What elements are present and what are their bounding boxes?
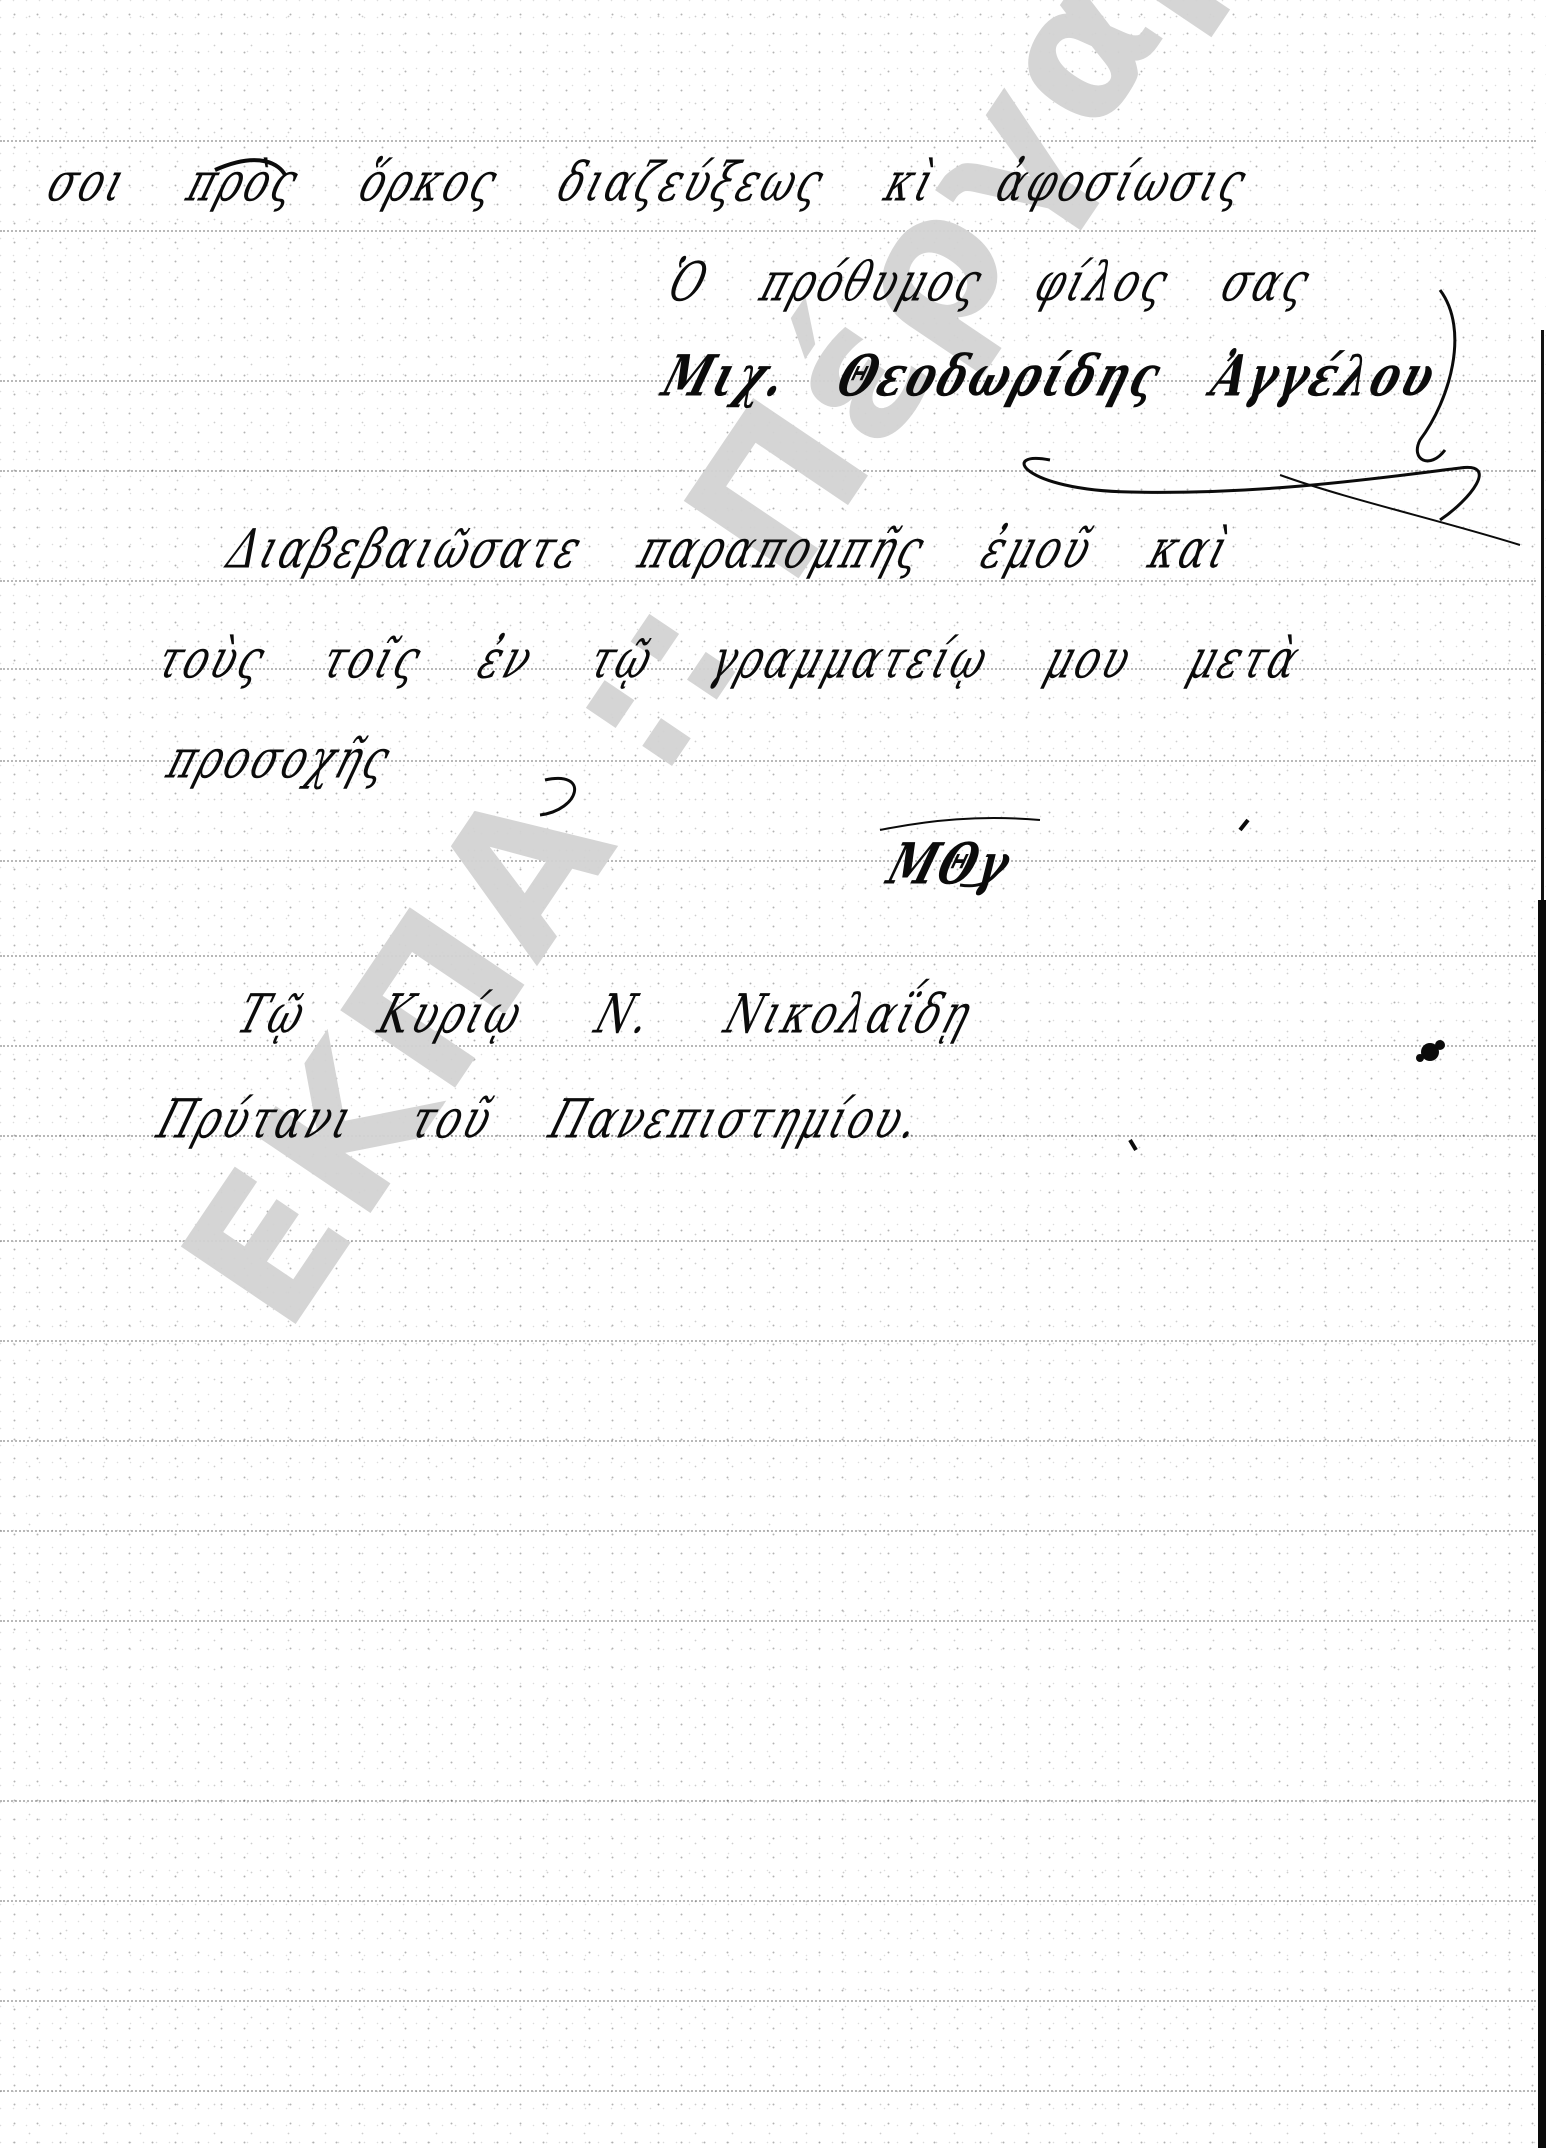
ruling-line bbox=[0, 860, 1536, 862]
ruling-line bbox=[0, 140, 1536, 142]
address-line-1: Τῷ Κυρίῳ Ν. Νικολαΐδῃ bbox=[230, 984, 981, 1046]
signature: Μιχ. Θεοδωρίδης Ἀγγέλου bbox=[655, 343, 1446, 409]
ruling-line bbox=[0, 2090, 1536, 2092]
page-edge-line bbox=[1541, 330, 1544, 900]
ruling-line bbox=[0, 1620, 1536, 1622]
scanned-page: ΕΚΠΑ :: Πέργαμος σοι πρὸς ὅρκος διαζεύξε… bbox=[0, 0, 1546, 2148]
body-line-3: προσοχῆς bbox=[160, 729, 400, 791]
ruling-line bbox=[0, 1530, 1536, 1532]
ruling-line bbox=[0, 955, 1536, 957]
body-line-2: τοὺς τοῖς ἐν τῷ γραμματείῳ μου μετὰ bbox=[150, 629, 1310, 691]
ruling-line bbox=[0, 1900, 1536, 1902]
valediction: Ὁ πρόθυμος φίλος σας bbox=[660, 252, 1320, 314]
ruling-line bbox=[0, 1440, 1536, 1442]
initials: ΜΘγ bbox=[880, 831, 1021, 897]
page-edge-band bbox=[1538, 900, 1546, 2148]
ruling-line bbox=[0, 2000, 1536, 2002]
ruling-line bbox=[0, 1800, 1536, 1802]
body-line-1: Διαβεβαιῶσατε παραπομπῆς ἐμοῦ καὶ bbox=[220, 519, 1239, 581]
ruling-line bbox=[0, 1340, 1536, 1342]
ruling-line bbox=[0, 230, 1536, 232]
address-line-2: Πρύτανι τοῦ Πανεπιστημίου. bbox=[150, 1089, 930, 1151]
closing-line: σοι πρὸς ὅρκος διαζεύξεως κὶ ἀφοσίωσις bbox=[40, 152, 1256, 214]
